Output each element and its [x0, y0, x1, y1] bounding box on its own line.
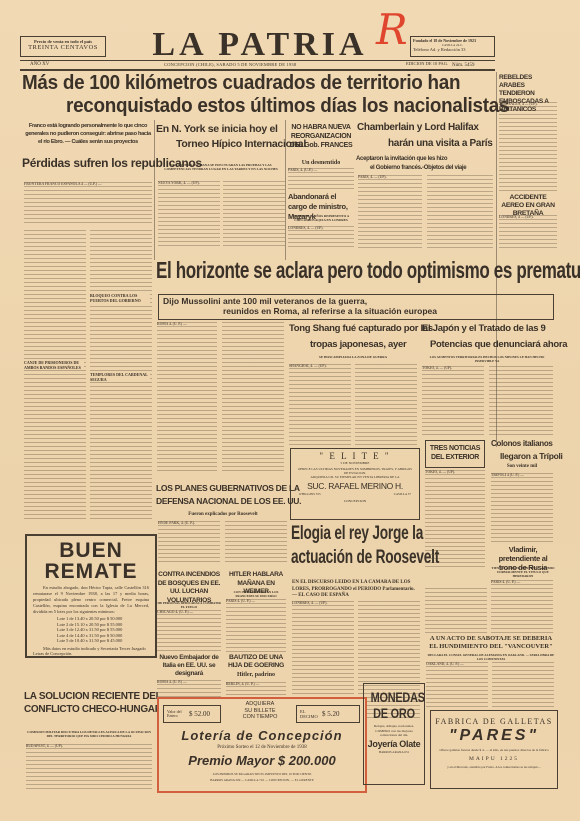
price-box: Precio de venta en todo el país TREINTA …	[20, 36, 106, 57]
elite-city: CONCEPCION	[291, 499, 419, 503]
goering-headline: BAUTIZO DE UNA HIJA DE GOERING	[225, 654, 287, 670]
mussolini-subhead-line2: reunidos en Roma, al referirse a la situ…	[223, 307, 553, 316]
handwritten-mark: R	[376, 6, 408, 54]
lead-headline-line1: Más de 100 kilómetros cuadrados de terri…	[22, 73, 460, 94]
jorge-subhead: EN EL DISCURSO LEIDO EN LA CAMARA DE LOS…	[292, 580, 420, 600]
loteria-footer1: LOS PREMIOS SE PAGARAN SIN EL IMPUESTO D…	[159, 772, 365, 776]
defensa-headline-line2: DEFENSA NACIONAL DE LOS EE. UU.	[156, 497, 290, 506]
mazaryk-subhead: DURANTE 13 AÑOS REPRESENTO A CHECOSLOVAQ…	[288, 214, 354, 222]
colonos-headline-line1: Colonos italianos	[491, 440, 553, 448]
incendios-subhead: 300 PERSONAS DEDICADAS A COMBATIR EL FUE…	[156, 601, 222, 609]
colonos-headline-line2: llegaron a Trípoli	[500, 452, 563, 461]
japon-body-col1: TOKIO, 4. — (UP).	[422, 366, 484, 436]
defensa-headline-line1: LOS PLANES GUBERNATIVOS DE LA	[156, 484, 290, 493]
checo-headline-line2: CONFLICTO CHECO-HUNGARO	[24, 705, 154, 715]
masthead-title: LA PATRIA	[140, 30, 380, 60]
dateline-label: CONCEPCION (CHILE), SABADO 5 DE NOVIEMBR…	[164, 62, 296, 67]
loteria-decimo-label: EL DECIMO	[300, 709, 322, 719]
elite-name: SUC. RAFAEL MERINO H.	[291, 481, 419, 491]
loteria-footer2: BARROS ARANA 509 — CASILLA 716 — CONCEPC…	[159, 778, 365, 782]
remate-title: BUEN REMATE	[27, 540, 155, 582]
column-divider	[154, 120, 155, 260]
founded-box: Fundado el 18 de Noviembre de 1923 CASIL…	[410, 36, 495, 57]
vancouver-headline-line2: EL HUNDIMIENTO DEL "VANCOUVER"	[426, 644, 556, 651]
francia-headline: NO HABRA NUEVA REORGANIZACION DEL Gob. F…	[287, 123, 355, 150]
lead-body: FRONTERA FRANCO ESPAÑOLA 4 — (U.P.) —	[24, 182, 152, 226]
mussolini-subhead-line1: Dijo Mussolini ante 100 mil veteranos de…	[163, 297, 553, 306]
tongshang-headline-line1: Tong Shang fué capturado por las	[289, 324, 433, 334]
francia-body: PARIS, 4. (U.P.) —	[288, 168, 354, 190]
japon-headline-line2: Potencias que denunciará ahora	[430, 340, 567, 350]
hitler-subhead: CON INTERES ESPERAN LOS FRANCESES SU DIS…	[225, 590, 287, 598]
loteria-center: ADQUIERA SU BILLETE CON TIEMPO	[227, 701, 293, 721]
lead-headline-line2: reconquistado estos últimos días los nac…	[66, 96, 509, 117]
elite-addresses: O'HIGGINS 555CASILLA 57	[299, 492, 411, 496]
ad-buen-remate: BUEN REMATE En estudio abogado, don Héct…	[25, 534, 157, 658]
tres-noticias-box: TRES NOTICIAS DEL EXTERIOR	[425, 440, 485, 468]
lead-dateline: FRONTERA FRANCO ESPAÑOLA 4 — (U.P.) —	[24, 182, 101, 186]
mussolini-headline: El horizonte se aclara pero todo optimis…	[156, 259, 580, 282]
loteria-entero-label: Valor del Entero	[167, 710, 189, 719]
loteria-draw: Próximo Sorteo el 12 de Noviembre de 193…	[159, 745, 365, 750]
monedas-text: Relojes, Alhajas, nacionales. COMPRO con…	[368, 724, 420, 738]
elite-date: 5 DE NOVIEMBRE	[291, 461, 419, 465]
vladimir-body: PARIS 4. (U. P.) —	[491, 580, 553, 636]
ad-loteria: Valor del Entero $ 52.00 ADQUIERA SU BIL…	[157, 697, 367, 793]
arab-rebels-body: JERUSALEN, 4 — (UP).	[499, 102, 557, 192]
torneo-subhead: DURANTE UNA SEMANA SE EFECTUARAN LAS PRU…	[158, 163, 284, 171]
goering-subhead: Hitler, padrino	[225, 672, 287, 678]
monedas-address: BARROS ARANA 631	[364, 750, 424, 754]
remate-text: En estudio abogado, don Héctor Tapia, ca…	[33, 585, 149, 615]
incendios-body: CHICAGO 4. (U. P.) —	[157, 610, 221, 654]
tres-noticias-continued	[425, 588, 487, 636]
torneo-body-col2	[223, 181, 285, 249]
checo-subhead: COMISION MILITAR DISCUTIRA LOS DETALLES …	[26, 730, 152, 738]
mussolini-subhead-box: Dijo Mussolini ante 100 mil veteranos de…	[158, 294, 554, 320]
chamberlain-body-col2	[427, 175, 493, 250]
mazaryk-body: LONDRES, 4. — (UP).	[288, 226, 354, 250]
tres-noticias-headline: TRES NOTICIAS DEL EXTERIOR	[426, 444, 484, 462]
founded-line3: Teléfono Ad. y Redacción 33	[413, 47, 494, 52]
torneo-body-col1: NUEVA YORK, 4. — (UP).	[158, 181, 220, 249]
hitler-body: PARIS 4. (U. P.) —	[226, 599, 286, 653]
remate-lot-row: Lote 5 de 10.40 x 31.50 por $ 45.000	[57, 638, 149, 644]
loteria-title: Lotería de Concepción	[159, 729, 365, 742]
tongshang-headline-line2: tropas japonesas, ayer	[310, 340, 406, 350]
incendios-headline: CONTRA INCENDIOS DE BOSQUES EN EE. UU. L…	[156, 571, 222, 605]
tongshang-body-col1: SHANGHAI, 4. — (UP).	[289, 364, 351, 446]
edition-label: EDICION DE 10 PAG.	[406, 61, 448, 66]
vladimir-subhead: TIENE 21 AÑOS EL PRINCIPE. — ASUMIO FORM…	[491, 566, 555, 578]
chamberlain-headline-line2: harán una visita a París	[388, 139, 493, 149]
francia-subhead: Un desmentido	[287, 160, 355, 166]
jorge-headline-line1: Elogia el rey Jorge la	[291, 524, 423, 543]
defensa-subhead: Fueron explicados por Roosevelt	[156, 512, 290, 517]
lead-col1	[24, 230, 86, 520]
year-label: AÑO XV	[30, 62, 49, 67]
loteria-decimo-box: EL DECIMO $ 5.20	[296, 705, 360, 723]
loteria-entero-box: Valor del Entero $ 52.00	[163, 705, 221, 723]
vancouver-body-col2	[492, 662, 554, 708]
mussolini-body-col1: ROMA 4. (U. P.) —	[157, 322, 217, 472]
issue-number: Núm. 5459	[452, 63, 475, 68]
pares-footer: y en el Mercado, atendido por Freire. A …	[437, 765, 551, 769]
elite-line1: OFRECE LAS ULTIMAS NOVEDADES EN SOMBRERO…	[297, 467, 413, 475]
accident-body: LONDRES, 4 — (UP).	[499, 215, 557, 250]
pares-text: Ofrece galletas frescas desde $ 4. — el …	[437, 748, 551, 753]
monedas-title-line1: MONEDAS	[371, 690, 418, 704]
chamberlain-subhead-line2: el Gobierno francés.-Objetos del viaje	[370, 165, 466, 171]
monedas-title-line2: DE ORO	[371, 706, 418, 720]
defensa-body-col1: HYDE PARK, 4. (U. P.).	[158, 521, 220, 565]
elite-line2: ADQUIERA UD. SU EJEMPLAR EN VENTA LIBRER…	[297, 475, 413, 479]
subsection-prisoners: CANJE DE PRISIONEROS DE AMBOS BANDOS ESP…	[24, 360, 84, 370]
tongshang-body-col2	[355, 364, 417, 446]
colonos-subhead: Son veinte mil	[491, 464, 553, 469]
subsection-cardinal: TEMPLORES DEL CARDENAL SEGURA	[90, 372, 150, 382]
japon-subhead: LOS AUMENTOS TERRITORIALES HECHOS LOS NI…	[422, 355, 552, 363]
pares-line1: FABRICA DE GALLETAS	[431, 717, 557, 726]
japon-headline-line1: El Japón y el Tratado de las 9	[422, 324, 546, 334]
pares-address: MAIPU 1225	[431, 756, 557, 762]
checo-headline-line1: LA SOLUCION RECIENTE DEL	[24, 692, 154, 702]
chamberlain-headline-line1: Chamberlain y Lord Halifax	[357, 123, 479, 133]
japon-body-col2	[489, 366, 553, 436]
checo-body: BUDAPEST, 4. — (UP).	[26, 744, 152, 792]
monedas-name: Joyería Olate	[364, 740, 424, 749]
tongshang-subhead: SE HIZO AMPLIADA LA ZONA DE GUERRA	[289, 356, 417, 359]
vancouver-headline-line1: A UN ACTO DE SABOTAJE SE DEBERIA	[426, 636, 556, 643]
vancouver-body-col1: OAKLAND, 4. (U. P.) —	[426, 662, 488, 708]
remate-lots: Lote 1 de 13.40 x 20.50 por $ 50.000 Lot…	[57, 616, 149, 644]
defensa-body-col2	[225, 521, 287, 565]
chamberlain-subhead-line1: Aceptaron la invitación que les hizo	[356, 156, 447, 162]
lead-subhead: Franco está logrando personalmente lo qu…	[24, 122, 152, 146]
ad-galletas-pares: FABRICA DE GALLETAS "PARES" Ofrece galle…	[430, 710, 558, 789]
loteria-entero-price: $ 52.00	[189, 710, 210, 718]
ad-monedas-oro: MONEDAS DE ORO Relojes, Alhajas, naciona…	[363, 683, 425, 785]
torneo-headline-line1: En N. York se inicia hoy el	[156, 124, 278, 135]
chamberlain-body-col1: PARIS, 4. — (UP).	[358, 175, 422, 250]
subsection-blockade: BLOQUEO CONTRA LOS PUERTOS DEL GOBIERNO	[90, 293, 150, 303]
embajador-headline: Nuevo Embajador de Italia en EE. UU. se …	[156, 654, 222, 678]
loteria-prize: Premio Mayor $ 200.000	[159, 754, 365, 767]
mussolini-body-col2	[222, 322, 284, 472]
pares-brand: "PARES"	[431, 728, 557, 744]
vancouver-subhead: DECLARA EL CONSUL GENERAL DE ALEMANIA EN…	[426, 653, 556, 661]
colonos-body: TRIPOLI 4 (U. P.) —	[491, 473, 553, 543]
lead-second-headline: Pérdidas sufren los republicanos	[22, 157, 152, 169]
ad-elite: " E L I T E " 5 DE NOVIEMBRE OFRECE LAS …	[290, 448, 420, 520]
remate-footer: Más datos en estudio indicado y Secretar…	[33, 646, 149, 657]
tres-noticias-body: TOKIO, 4. — (UP).	[425, 470, 485, 570]
jorge-headline-line2: actuación de Roosevelt	[291, 548, 439, 567]
elite-title: " E L I T E "	[291, 451, 419, 461]
price-box-line2: TREINTA CENTAVOS	[21, 44, 105, 51]
loteria-decimo-price: $ 5.20	[322, 710, 340, 718]
